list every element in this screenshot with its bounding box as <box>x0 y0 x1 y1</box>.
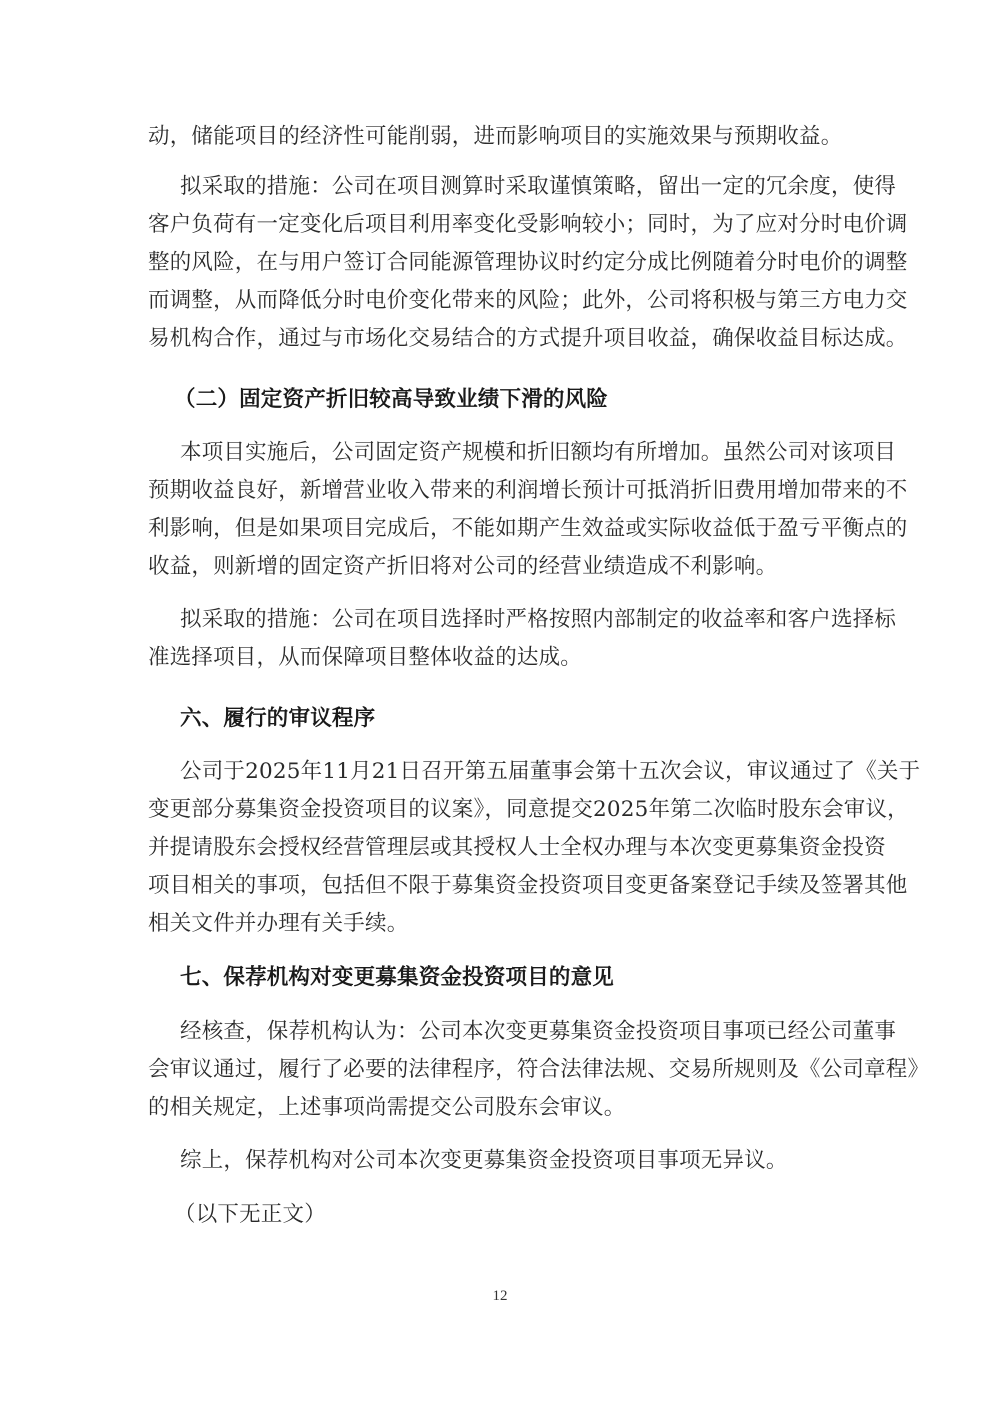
section-heading-sponsor-opinion: 七、保荐机构对变更募集资金投资项目的意见 <box>180 963 884 993</box>
paragraph-review-line-3: 并提请股东会授权经营管理层或其授权人士全权办理与本次变更募集资金投资 <box>148 833 852 863</box>
paragraph-review-line-1: 公司于2025年11月21日召开第五届董事会第十五次会议，审议通过了《关于 <box>180 757 852 787</box>
page-number: 12 <box>0 1288 1000 1305</box>
paragraph-measures-line-4: 而调整，从而降低分时电价变化带来的风险；此外，公司将积极与第三方电力交 <box>148 286 852 316</box>
paragraph-measures2-line-1: 拟采取的措施：公司在项目选择时严格按照内部制定的收益率和客户选择标 <box>180 605 852 635</box>
no-further-text-note: （以下无正文） <box>174 1200 878 1230</box>
paragraph-measures2-line-2: 准选择项目，从而保障项目整体收益的达成。 <box>148 643 852 673</box>
section-heading-review-procedure: 六、履行的审议程序 <box>180 704 884 734</box>
paragraph-depreciation-line-4: 收益，则新增的固定资产折旧将对公司的经营业绩造成不利影响。 <box>148 552 852 582</box>
paragraph-review-line-5: 相关文件并办理有关手续。 <box>148 909 852 939</box>
paragraph-conclusion: 综上，保荐机构对公司本次变更募集资金投资项目事项无异议。 <box>180 1146 884 1176</box>
paragraph-sponsor-line-2: 会审议通过，履行了必要的法律程序，符合法律法规、交易所规则及《公司章程》 <box>148 1055 852 1085</box>
paragraph-sponsor-line-3: 的相关规定，上述事项尚需提交公司股东会审议。 <box>148 1093 852 1123</box>
paragraph-review-line-4: 项目相关的事项，包括但不限于募集资金投资项目变更备案登记手续及签署其他 <box>148 871 852 901</box>
paragraph-measures-line-2: 客户负荷有一定变化后项目利用率变化受影响较小；同时，为了应对分时电价调 <box>148 210 852 240</box>
paragraph-depreciation-line-3: 利影响，但是如果项目完成后，不能如期产生效益或实际收益低于盈亏平衡点的 <box>148 514 852 544</box>
paragraph-measures-line-5: 易机构合作，通过与市场化交易结合的方式提升项目收益，确保收益目标达成。 <box>148 324 852 354</box>
paragraph-depreciation-line-1: 本项目实施后，公司固定资产规模和折旧额均有所增加。虽然公司对该项目 <box>180 438 852 468</box>
paragraph-measures-line-1: 拟采取的措施：公司在项目测算时采取谨慎策略，留出一定的冗余度，使得 <box>180 172 852 202</box>
paragraph-review-line-2: 变更部分募集资金投资项目的议案》，同意提交2025年第二次临时股东会审议， <box>148 795 852 825</box>
paragraph-sponsor-line-1: 经核查，保荐机构认为：公司本次变更募集资金投资项目事项已经公司董事 <box>180 1017 852 1047</box>
paragraph-continuation-line: 动，储能项目的经济性可能削弱，进而影响项目的实施效果与预期收益。 <box>148 122 852 152</box>
paragraph-measures-line-3: 整的风险，在与用户签订合同能源管理协议时约定分成比例随着分时电价的调整 <box>148 248 852 278</box>
section-heading-depreciation-risk: （二）固定资产折旧较高导致业绩下滑的风险 <box>174 385 878 415</box>
paragraph-depreciation-line-2: 预期收益良好，新增营业收入带来的利润增长预计可抵消折旧费用增加带来的不 <box>148 476 852 506</box>
